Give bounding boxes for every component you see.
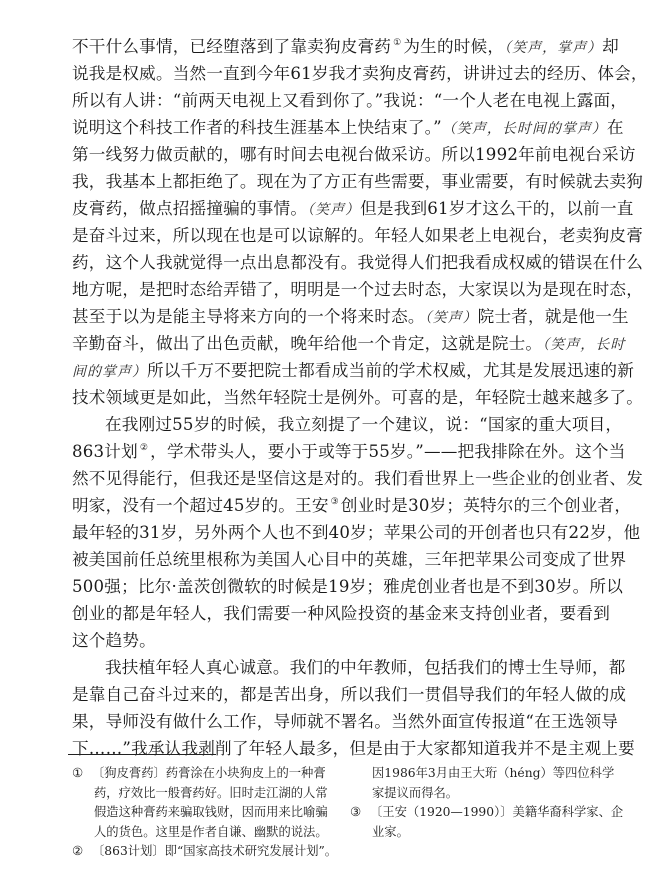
text-line: 说明这个科技工作者的科技生涯基本上快结束了。”（笑声，长时间的掌声）在 — [72, 114, 610, 141]
footnote-1-cont: 假造这种膏药来骗取钱财，因而用来比喻骗 — [72, 803, 338, 823]
paragraph-start: 我扶植年轻人真心诚意。我们的中年教师，包括我们的博士生导师，都 — [72, 654, 610, 681]
footnote-ref: ① — [393, 38, 401, 48]
text-line: 明家，没有一个超过45岁的。王安③创业时是30岁；英特尔的三个创业者， — [72, 492, 610, 519]
text-line: 863计划②，学术带头人，要小于或等于55岁。”——把我排除在外。这个当 — [72, 438, 610, 465]
text-line: 说我是权威。当然一直到今年61岁我才卖狗皮膏药，讲讲过去的经历、体会， — [72, 60, 610, 87]
footnote-3-cont: 业家。 — [350, 823, 610, 843]
text-line: 药，这个人我就觉得一点出息都没有。我觉得人们把我看成权威的错误在什么 — [72, 249, 610, 276]
footnote-3: ③〔王安（1920—1990）〕美籍华裔科学家、企 — [350, 803, 610, 823]
audience-reaction: （笑声） — [307, 202, 360, 218]
text-line: 这个趋势。 — [72, 627, 610, 654]
text-line: 500强；比尔·盖茨创微软的时候是19岁；雅虎创业者也是不到30岁。所以 — [72, 573, 610, 600]
text-line: 第一线努力做贡献的，哪有时间去电视台做采访。所以1992年前电视台采访 — [72, 141, 610, 168]
footnote-2: ②〔863计划〕即“国家高技术研究发展计划”。 — [72, 842, 338, 862]
text-line: 创业的都是年轻人，我们需要一种风险投资的基金来支持创业者，要看到 — [72, 600, 610, 627]
footnote-ref: ② — [140, 443, 148, 453]
text-line: 被美国前任总统里根称为美国人心目中的英雄，三年把苹果公司变成了世界 — [72, 546, 610, 573]
text-line: 最年轻的31岁，另外两个人也不到40岁；苹果公司的开创者也只有22岁，他 — [72, 519, 610, 546]
footnote-1-cont: 药，疗效比一般膏药好。旧时走江湖的人常 — [72, 784, 338, 804]
text-line: 皮膏药，做点招摇撞骗的事情。（笑声）但是我到61岁才这么干的，以前一直 — [72, 195, 610, 222]
text-line: 是奋斗过来，所以现在也是可以谅解的。年轻人如果老上电视台，老卖狗皮膏 — [72, 222, 610, 249]
audience-reaction: （笑声，掌声） — [504, 40, 602, 56]
footnote-1-cont: 人的货色。这里是作者自谦、幽默的说法。 — [72, 823, 338, 843]
footnote-1: ①〔狗皮膏药〕药膏涂在小块狗皮上的一种膏 — [72, 764, 338, 784]
footnotes-left-column: ①〔狗皮膏药〕药膏涂在小块狗皮上的一种膏 药，疗效比一般膏药好。旧时走江湖的人常… — [72, 764, 338, 862]
footnote-marker: ③ — [350, 803, 370, 823]
text-line: 不干什么事情，已经堕落到了靠卖狗皮膏药①为生的时候，（笑声，掌声）却 — [72, 33, 610, 60]
text-line: 所以有人讲：“前两天电视上又看到你了。”我说：“一个人老在电视上露面， — [72, 87, 610, 114]
audience-reaction: 间的掌声） — [72, 364, 147, 380]
text-line: 下……”我承认我剥削了年轻人最多，但是由于大家都知道我并不是主观上要 — [72, 735, 610, 762]
text-line: 地方呢，是把时态给弄错了，明明是一个过去时态，大家误以为是现在时态， — [72, 276, 610, 303]
text-line: 辛勤奋斗，做出了出色贡献，晚年给他一个肯定，这就是院士。（笑声，长时 — [72, 330, 610, 357]
paragraph-start: 在我刚过55岁的时候，我立刻提了一个建议，说：“国家的重大项目， — [72, 411, 610, 438]
text-line: 果，导师没有做什么工作，导师就不署名。当然外面宣传报道“在王选领导 — [72, 708, 610, 735]
text-line: 是靠自己奋斗过来的，都是苦出身，所以我们一贯倡导我们的年轻人做的成 — [72, 681, 610, 708]
text-line: 技术领域更是如此，当然年轻院士是例外。可喜的是，年轻院士越来越多了。 — [72, 384, 610, 411]
text-line: 甚至于以为是能主导将来方向的一个将来时态。（笑声）院士者，就是他一生 — [72, 303, 610, 330]
footnote-2-cont: 家提议而得名。 — [350, 784, 610, 804]
footnote-marker: ② — [72, 842, 92, 862]
audience-reaction: （笑声，长时 — [542, 337, 625, 353]
text-line: 间的掌声）所以千万不要把院士都看成当前的学术权威，尤其是发展迅速的新 — [72, 357, 610, 384]
audience-reaction: （笑声） — [425, 310, 478, 326]
footnote-ref: ③ — [331, 497, 339, 507]
footnote-marker: ① — [72, 764, 92, 784]
footnote-2-cont: 因1986年3月由王大珩（héng）等四位科学 — [350, 764, 610, 784]
footnotes-right-column: 因1986年3月由王大珩（héng）等四位科学 家提议而得名。 ③〔王安（192… — [350, 764, 610, 842]
body-text: 不干什么事情，已经堕落到了靠卖狗皮膏药①为生的时候，（笑声，掌声）却 说我是权威… — [72, 33, 610, 762]
footnote-divider — [68, 754, 216, 755]
text-line: 我，我基本上都拒绝了。现在为了方正有些需要，事业需要，有时候就去卖狗 — [72, 168, 610, 195]
text-line: 然不见得能行，但我还是坚信这是对的。我们看世界上一些企业的创业者、发 — [72, 465, 610, 492]
audience-reaction: （笑声，长时间的掌声） — [442, 121, 607, 137]
